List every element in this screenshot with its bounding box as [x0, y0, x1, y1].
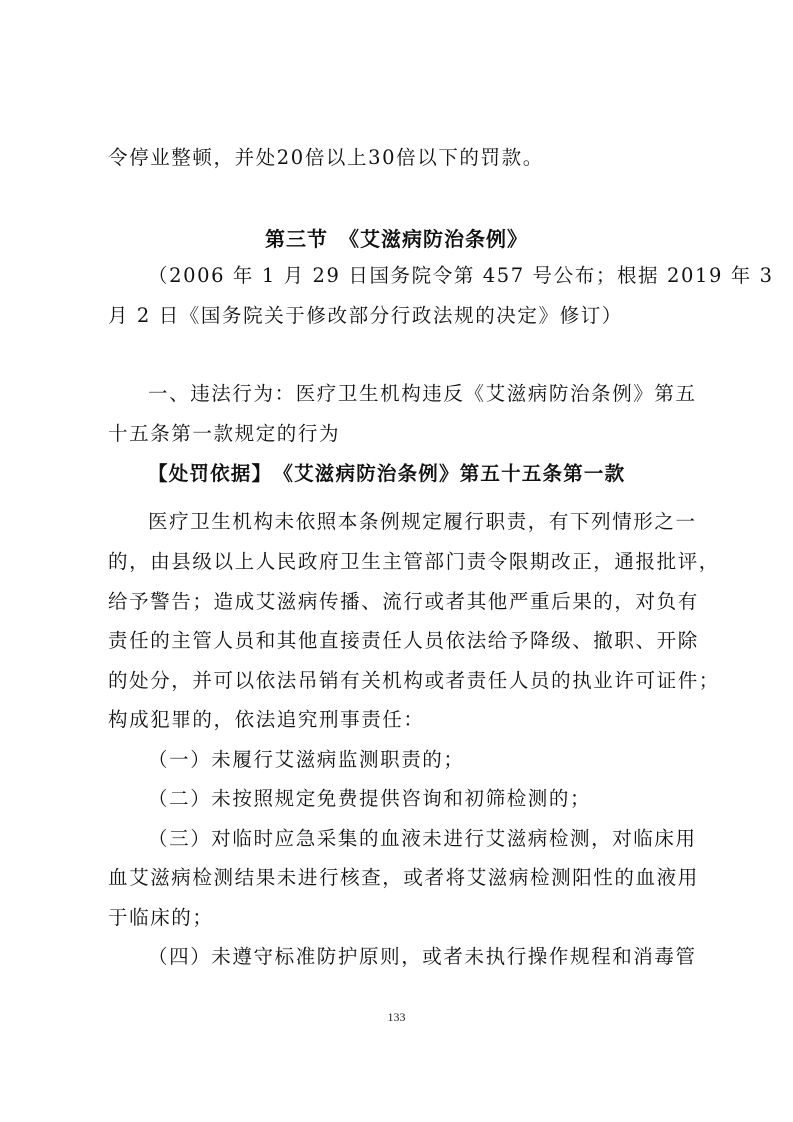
- section-title: 第三节 《艾滋病防治条例》: [0, 225, 793, 253]
- list-item: （一）未履行艾滋病监测职责的；: [148, 746, 688, 774]
- list-item: （二）未按照规定免费提供咨询和初筛检测的；: [148, 785, 688, 813]
- list-item-continuation: 于临床的；: [108, 904, 688, 932]
- body-line: 医疗卫生机构未依照本条例规定履行职责，有下列情形之一: [148, 508, 688, 536]
- publication-note-line-1: （2006 年 1 月 29 日国务院令第 457 号公布；根据 2019 年 …: [148, 262, 688, 290]
- body-line: 构成犯罪的，依法追究刑事责任：: [108, 706, 688, 734]
- list-item: （三）对临时应急采集的血液未进行艾滋病检测，对临床用: [148, 825, 688, 853]
- page-number: 133: [0, 1009, 793, 1025]
- continuation-text: 令停业整顿，并处20倍以上30倍以下的罚款。: [108, 144, 688, 172]
- violation-line-2: 十五条第一款规定的行为: [108, 420, 688, 448]
- body-line: 责任的主管人员和其他直接责任人员依法给予降级、撤职、开除: [108, 627, 688, 655]
- violation-line-1: 一、违法行为：医疗卫生机构违反《艾滋病防治条例》第五: [148, 380, 688, 408]
- penalty-basis-heading: 【处罚依据】 《艾滋病防治条例》第五十五条第一款: [148, 460, 688, 488]
- list-item-continuation: 血艾滋病检测结果未进行核查，或者将艾滋病检测阳性的血液用: [108, 864, 688, 892]
- body-line: 给予警告；造成艾滋病传播、流行或者其他严重后果的，对负有: [108, 588, 688, 616]
- publication-note-line-2: 月 2 日《国务院关于修改部分行政法规的决定》修订）: [108, 302, 688, 330]
- body-line: 的处分，并可以依法吊销有关机构或者责任人员的执业许可证件；: [108, 667, 688, 695]
- list-item: （四）未遵守标准防护原则，或者未执行操作规程和消毒管: [148, 943, 688, 971]
- body-line: 的，由县级以上人民政府卫生主管部门责令限期改正，通报批评，: [108, 548, 688, 576]
